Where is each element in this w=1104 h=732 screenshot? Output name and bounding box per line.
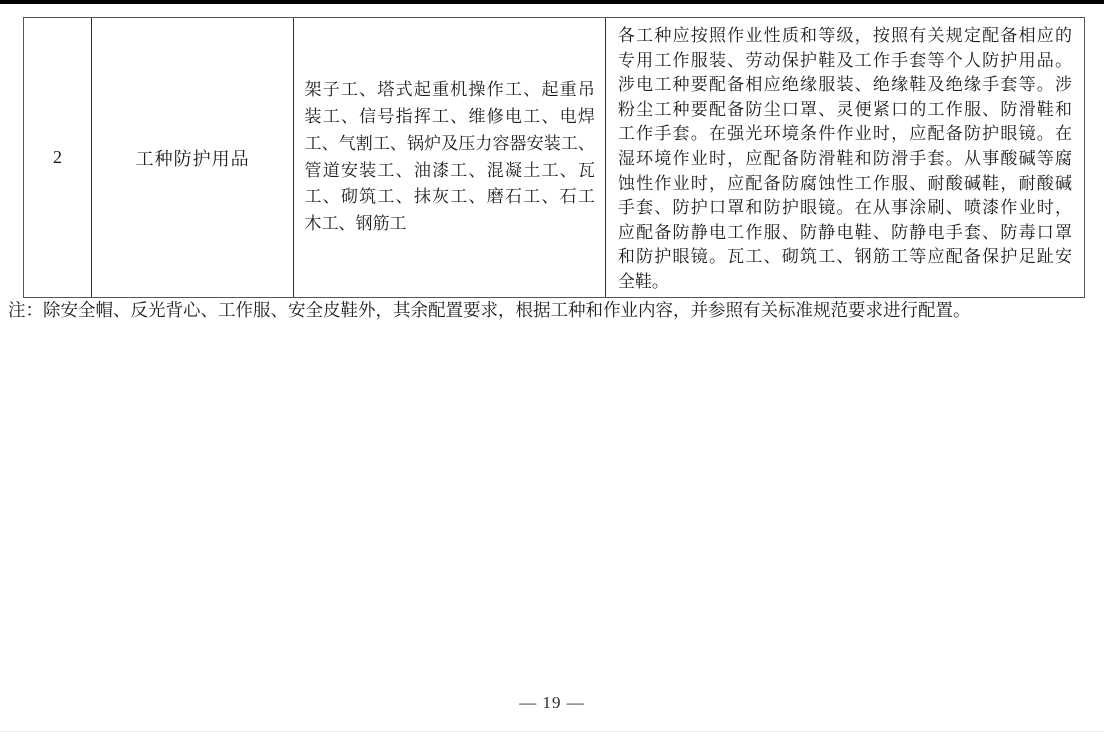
- row-index-value: 2: [53, 147, 62, 168]
- table-cell-worker-types: 架子工、塔式起重机操作工、起重吊装工、信号指挥工、维修电工、电焊工、气割工、锅炉…: [293, 18, 604, 297]
- table-cell-category: 工种防护用品: [91, 18, 294, 297]
- table-footnote: 注：除安全帽、反光背心、工作服、安全皮鞋外，其余配置要求，根据工种和作业内容，并…: [8, 298, 1098, 322]
- protective-equipment-table: 2 工种防护用品 架子工、塔式起重机操作工、起重吊装工、信号指挥工、维修电工、电…: [23, 17, 1085, 298]
- worker-types-text: 架子工、塔式起重机操作工、起重吊装工、信号指挥工、维修电工、电焊工、气割工、锅炉…: [304, 77, 594, 238]
- category-label: 工种防护用品: [136, 145, 250, 171]
- table-cell-row-index: 2: [24, 18, 91, 297]
- table-cell-requirements: 各工种应按照作业性质和等级，按照有关规定配备相应的专用工作服装、劳动保护鞋及工作…: [605, 18, 1084, 297]
- top-black-bar: [0, 0, 1104, 4]
- requirements-text: 各工种应按照作业性质和等级，按照有关规定配备相应的专用工作服装、劳动保护鞋及工作…: [618, 24, 1072, 295]
- page-number: — 19 —: [0, 693, 1104, 713]
